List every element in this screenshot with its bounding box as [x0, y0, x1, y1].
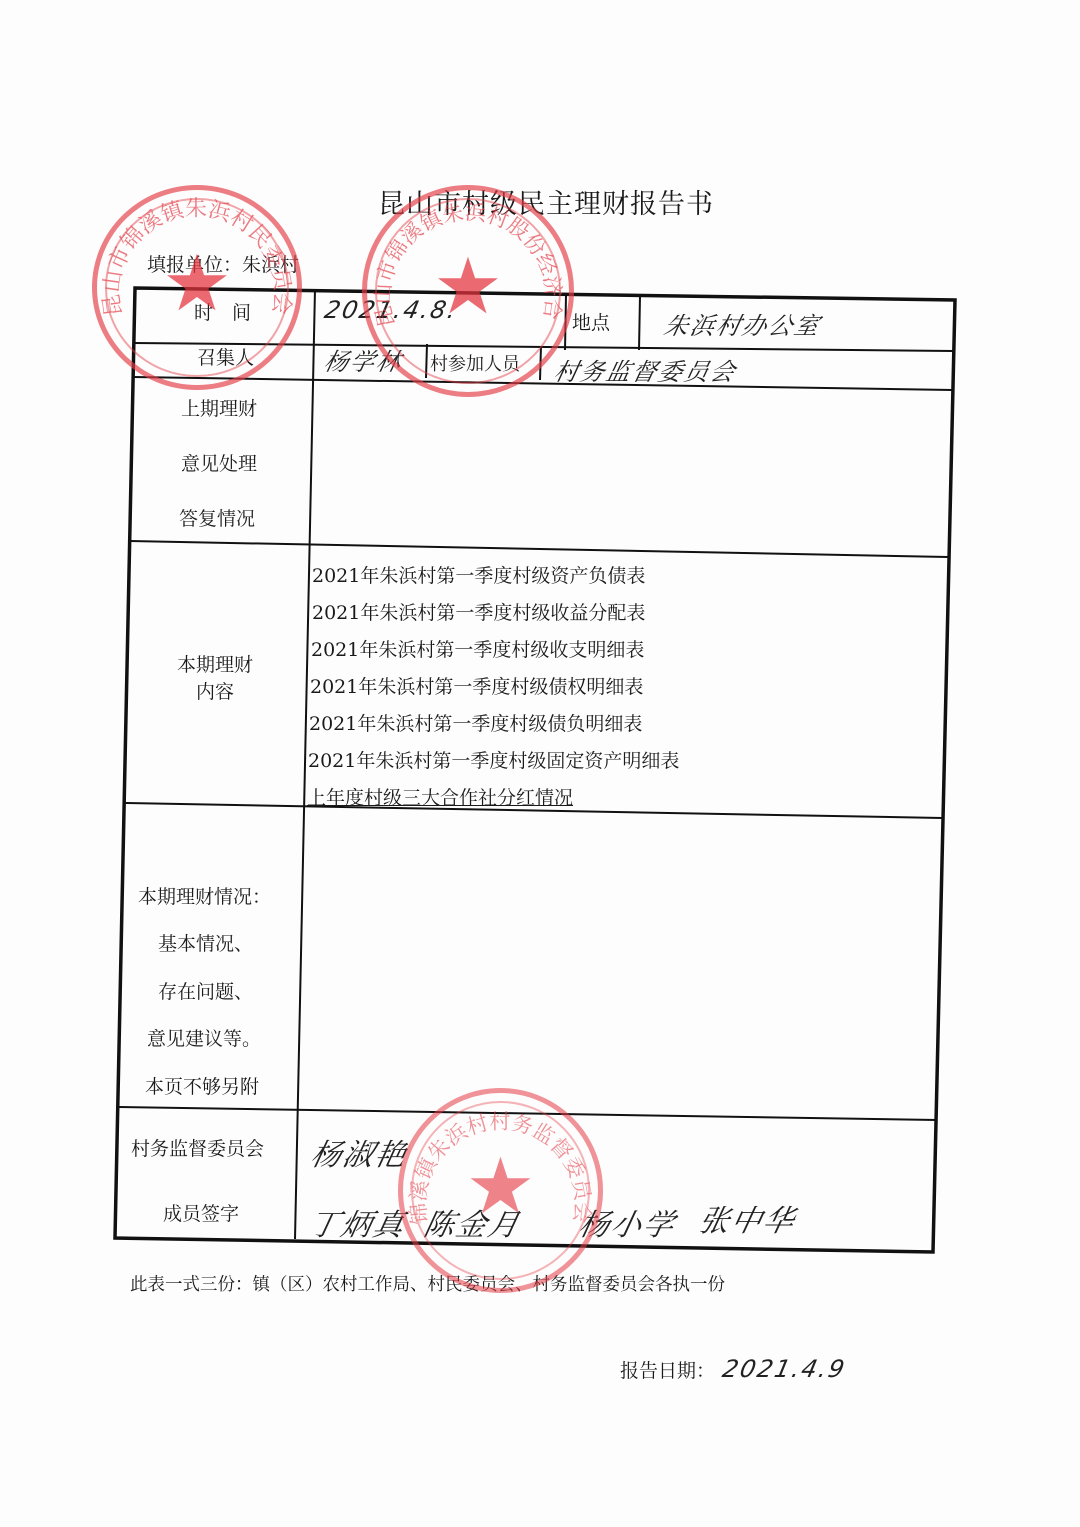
current-situation-label-5: 本页不够另附	[145, 1072, 259, 1099]
current-content-label-1: 本期理财	[177, 650, 253, 677]
content-item: 2021年朱浜村第一季度村级收支明细表	[311, 632, 679, 669]
star-icon: ★	[162, 245, 232, 323]
current-content-list: 2021年朱浜村第一季度村级资产负债表 2021年朱浜村第一季度村级收益分配表 …	[312, 558, 679, 817]
content-item: 2021年朱浜村第一季度村级固定资产明细表	[308, 743, 679, 780]
report-date: 报告日期：2021.4.9	[620, 1355, 846, 1383]
seal-villagers-committee: 昆山市锦溪镇朱浜村民委员会 ★	[92, 185, 302, 390]
content-item: 2021年朱浜村第一季度村级债负明细表	[309, 706, 679, 743]
content-item: 2021年朱浜村第一季度村级资产负债表	[312, 558, 679, 595]
content-item: 2021年朱浜村第一季度村级债权明细表	[310, 669, 679, 706]
current-situation-label-4: 意见建议等。	[147, 1024, 261, 1051]
star-icon: ★	[466, 1148, 536, 1226]
report-date-label: 报告日期：	[620, 1360, 715, 1382]
current-situation-label-3: 存在问题、	[158, 977, 253, 1004]
current-content-label-2: 内容	[196, 677, 234, 704]
previous-period-label-2: 意见处理	[181, 449, 257, 476]
content-item: 2021年朱浜村第一季度村级收益分配表	[312, 595, 679, 632]
content-item: 上年度村级三大合作社分红情况	[307, 780, 679, 817]
seal-cooperative: 昆山市锦溪镇朱浜村股份经济合作社 ★	[362, 185, 574, 397]
committee-signature-1: 杨淑艳	[307, 1130, 412, 1174]
star-icon: ★	[433, 248, 503, 326]
location-value: 朱浜村办公室	[661, 306, 824, 341]
current-situation-value	[310, 825, 930, 1105]
current-situation-label-1: 本期理财情况：	[138, 882, 271, 909]
current-situation-label-2: 基本情况、	[158, 929, 253, 956]
committee-signature-2d: 张中华	[695, 1196, 800, 1240]
previous-period-value	[320, 390, 940, 540]
previous-period-label-3: 答复情况	[179, 504, 255, 531]
committee-label-2: 成员签字	[163, 1199, 239, 1226]
committee-label-1: 村务监督委员会	[131, 1134, 264, 1161]
committee-signature-2a: 丁炳真	[305, 1200, 410, 1244]
previous-period-label-1: 上期理财	[181, 394, 257, 421]
report-date-value: 2021.4.9	[720, 1355, 849, 1383]
participants-value: 村务监督委员会	[551, 352, 740, 387]
seal-supervision-committee: 锦溪镇朱浜村村务监督委员会 ★	[398, 1088, 603, 1293]
location-label: 地点	[572, 308, 610, 335]
